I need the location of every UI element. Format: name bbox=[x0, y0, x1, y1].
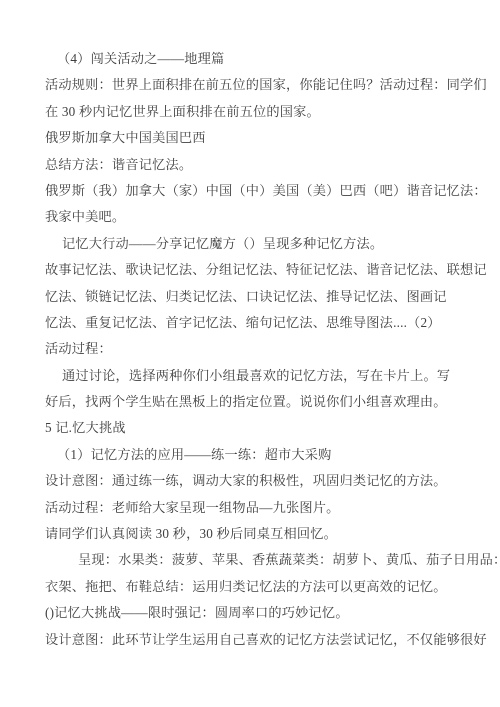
doc-line-heading-challenge: 5 记.忆大挑战 bbox=[45, 415, 465, 441]
doc-line: 我家中美吧。 bbox=[45, 204, 465, 230]
doc-line-memory-action: 记忆大行动——分享记忆魔方（）呈现多种记忆方法。 bbox=[45, 231, 465, 257]
doc-line: 总结方法：谐音记忆法。 bbox=[45, 152, 465, 178]
doc-line: 活动过程：老师给大家呈现一组物品—九张图片。 bbox=[45, 495, 465, 521]
document-page: （4）闯关活动之——地理篇 活动规则：世界上面积排在前五位的国家，你能记住吗？活… bbox=[0, 0, 500, 707]
doc-line: 俄罗斯（我）加拿大（家）中国（中）美国（美）巴西（吧）谐音记忆法： bbox=[45, 178, 465, 204]
doc-line: 设计意图：通过练一练，调动大家的积极性，巩固归类记忆的方法。 bbox=[45, 468, 465, 494]
doc-line-heading-application: （1）记忆方法的应用——练一练：超市大采购 bbox=[45, 442, 465, 468]
doc-line: 活动规则：世界上面积排在前五位的国家，你能记住吗？活动过程：同学们 bbox=[45, 72, 465, 98]
doc-line: 故事记忆法、歌诀记忆法、分组记忆法、特征记忆法、谐音记忆法、联想记 bbox=[45, 257, 465, 283]
doc-line: 好后，找两个学生贴在黑板上的指定位置。说说你们小组喜欢理由。 bbox=[45, 389, 465, 415]
doc-line: 忆法、重复记忆法、首字记忆法、缩句记忆法、思维导图法....（2） bbox=[45, 310, 465, 336]
document-text-block: （4）闯关活动之——地理篇 活动规则：世界上面积排在前五位的国家，你能记住吗？活… bbox=[45, 46, 465, 653]
doc-line: 俄罗斯加拿大中国美国巴西 bbox=[45, 125, 465, 151]
doc-line: ()记忆大挑战——限时强记：圆周率口的巧妙记忆。 bbox=[45, 600, 465, 626]
doc-line: 活动过程： bbox=[45, 336, 465, 362]
doc-line: 设计意图：此环节让学生运用自己喜欢的记忆方法尝试记忆，不仅能够很好 bbox=[45, 627, 465, 653]
doc-line: 忆法、锁链记忆法、归类记忆法、口诀记忆法、推导记忆法、图画记 bbox=[45, 284, 465, 310]
doc-line: 在 30 秒内记忆世界上面积排在前五位的国家。 bbox=[45, 99, 465, 125]
doc-line-heading-geography: （4）闯关活动之——地理篇 bbox=[45, 46, 465, 72]
doc-line: 衣架、拖把、布鞋总结：运用归类记忆法的方法可以更高效的记忆。 bbox=[45, 574, 465, 600]
doc-line: 呈现：水果类：菠萝、苹果、香蕉蔬菜类：胡萝卜、黄瓜、茄子日用品： bbox=[45, 547, 465, 573]
doc-line: 请同学们认真阅读 30 秒，30 秒后同桌互相回忆。 bbox=[45, 521, 465, 547]
doc-line: 通过讨论，选择两种你们小组最喜欢的记忆方法，写在卡片上。写 bbox=[45, 363, 465, 389]
